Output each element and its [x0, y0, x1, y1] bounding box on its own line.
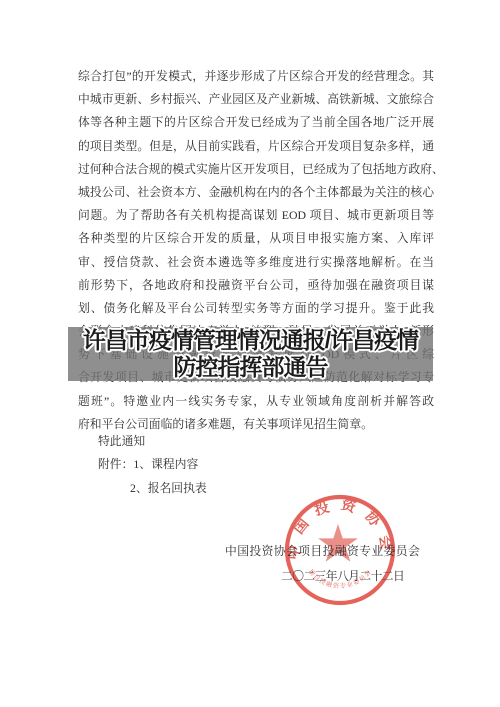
document-page: 综合打包”的开发模式，并逐步形成了片区综合开发的经营理念。其中城市更新、乡村振兴…	[0, 0, 500, 707]
document-line: 前形势下，各地政府和投融资平台公司，亟待加强在融资项目谋	[78, 274, 434, 297]
document-line: 过何种合法合规的模式实施片区开发项目，已经成为了包括地方政府、	[78, 158, 434, 181]
signature-date: 二〇二三年八月二十二日	[281, 565, 404, 588]
headline-title-line2: 防控指挥部通告	[174, 354, 328, 381]
document-line: 审、授信贷款、社会资本遴选等多维度进行实操落地解析。在当	[78, 251, 434, 274]
document-line: 中城市更新、乡村振兴、产业园区及产业新城、高铁新城、文旅综合	[78, 88, 434, 111]
document-line: 综合打包”的开发模式，并逐步形成了片区综合开发的经营理念。其	[78, 65, 434, 88]
document-line: 城投公司、社会资本方、金融机构在内的各个主体都最为关注的核心	[78, 181, 434, 204]
headline-title-line1: 许昌市疫情管理情况通报/许昌疫情	[83, 327, 418, 354]
document-line: 问题。为了帮助各有关机构提高谋划 EOD 项目、城市更新项目等	[78, 204, 434, 227]
document-line: 的项目类型。但是，从目前实践看，片区综合开发项目复杂多样，通	[78, 135, 434, 158]
attachment-title: 附件：1、课程内容	[98, 453, 198, 476]
document-line: 题班”。特邀业内一线实务专家，从专业领域角度剖析并解答政	[78, 390, 434, 413]
document-line: 体等各种主题下的片区综合开发已经成为了当前全国各地广泛开展	[78, 111, 434, 134]
document-line: 各种类型的片区综合开发的质量，从项目申报实施方案、入库评	[78, 227, 434, 250]
notice-line: 特此通知	[98, 430, 145, 453]
headline-overlay: 许昌市疫情管理情况通报/许昌疫情 防控指挥部通告	[68, 327, 433, 381]
attachment-item-2: 2、报名回执表	[130, 477, 207, 500]
signature-organization: 中国投资协会项目投融资专业委员会	[225, 540, 420, 563]
document-line: 划、债务化解及平台公司转型实务等方面的学习提升。鉴于此我	[78, 297, 434, 320]
